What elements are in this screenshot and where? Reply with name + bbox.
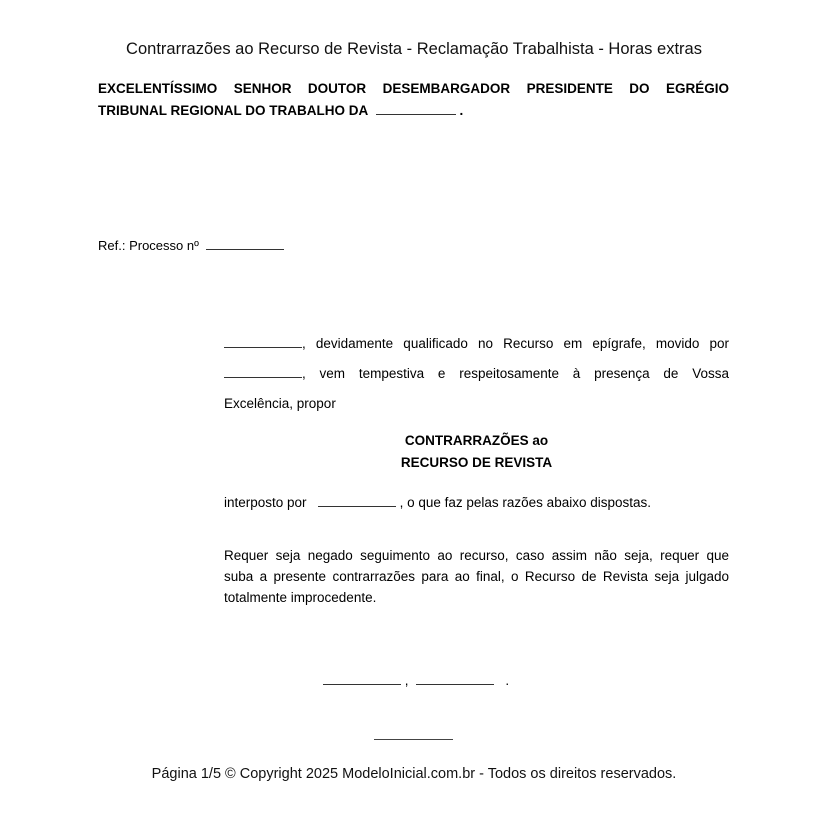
- intro-line-2: , vem tempestiva e respeitosamente à pre…: [224, 359, 729, 389]
- place-date-separator: ,: [405, 673, 409, 688]
- request-line-3: totalmente improcedente.: [224, 587, 729, 608]
- addressee-line-2-text: TRIBUNAL REGIONAL DO TRABALHO DA: [98, 103, 368, 118]
- place-date-line: , .: [323, 673, 509, 688]
- addressee-line-2: TRIBUNAL REGIONAL DO TRABALHO DA .: [98, 103, 463, 118]
- interposto-line: interposto por , o que faz pelas razões …: [224, 495, 651, 510]
- addressee-line-2-end: .: [456, 103, 464, 118]
- petition-title-line-1: CONTRARRAZÕES ao: [224, 430, 729, 452]
- petition-title: CONTRARRAZÕES ao RECURSO DE REVISTA: [224, 430, 729, 474]
- respondent-name-blank: [224, 336, 302, 348]
- request-line-1: Requer seja negado seguimento ao recurso…: [224, 545, 729, 566]
- process-number-blank: [206, 238, 284, 250]
- intro-line-1: , devidamente qualificado no Recurso em …: [224, 329, 729, 359]
- date-blank: [416, 673, 494, 685]
- intro-paragraph: , devidamente qualificado no Recurso em …: [224, 329, 729, 419]
- place-date-end: .: [505, 673, 509, 688]
- page-footer: Página 1/5 © Copyright 2025 ModeloInicia…: [0, 766, 828, 782]
- request-line-2: suba a presente contrarrazões para ao fi…: [224, 566, 729, 587]
- court-region-blank: [376, 103, 456, 115]
- interposto-suffix: , o que faz pelas razões abaixo disposta…: [400, 495, 651, 510]
- appellant-name-blank: [224, 366, 302, 378]
- addressee-block: EXCELENTÍSSIMO SENHOR DOUTOR DESEMBARGAD…: [98, 78, 729, 122]
- intro-line-2-text: , vem tempestiva e respeitosamente à pre…: [302, 366, 729, 381]
- document-title: Contrarrazões ao Recurso de Revista - Re…: [0, 40, 828, 59]
- petition-title-line-2: RECURSO DE REVISTA: [224, 452, 729, 474]
- signature-line: [374, 728, 453, 740]
- interposer-blank: [318, 495, 396, 507]
- intro-line-1-text: , devidamente qualificado no Recurso em …: [302, 336, 729, 351]
- intro-line-3: Excelência, propor: [224, 389, 729, 419]
- interposto-prefix: interposto por: [224, 495, 307, 510]
- process-reference-label: Ref.: Processo nº: [98, 238, 199, 253]
- process-reference: Ref.: Processo nº: [98, 238, 284, 253]
- addressee-line-1: EXCELENTÍSSIMO SENHOR DOUTOR DESEMBARGAD…: [98, 78, 729, 100]
- request-paragraph: Requer seja negado seguimento ao recurso…: [224, 545, 729, 608]
- place-blank: [323, 673, 401, 685]
